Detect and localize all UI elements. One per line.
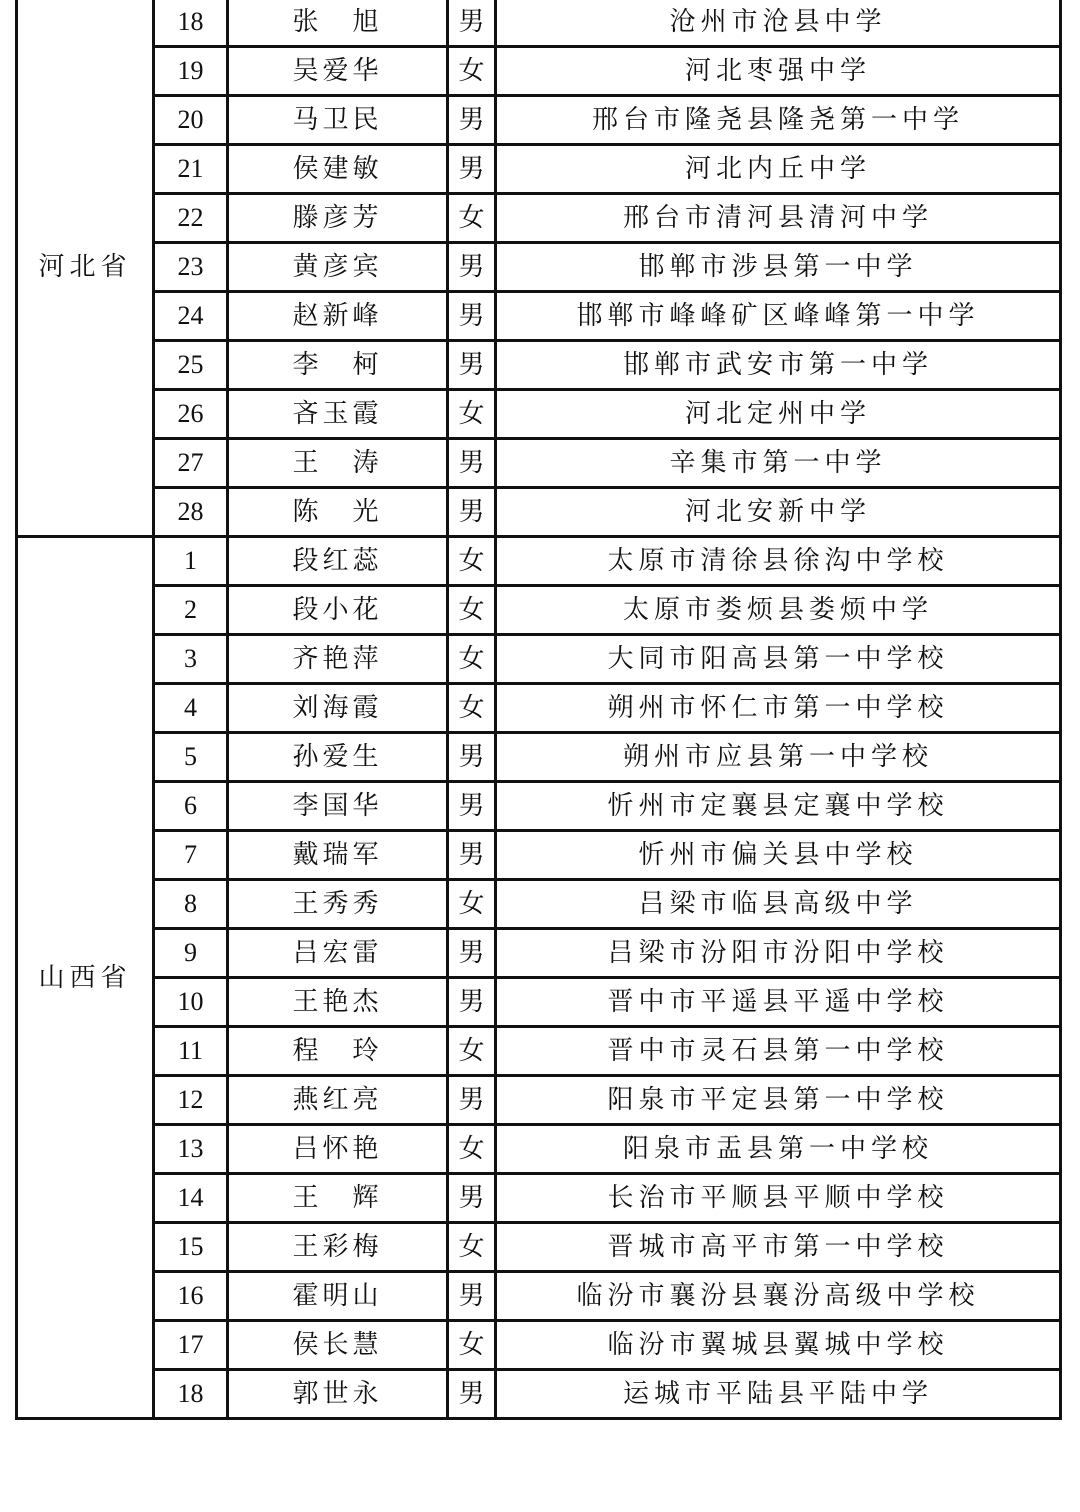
gender-cell: 男	[448, 96, 496, 145]
gender-cell: 女	[448, 1321, 496, 1370]
gender-cell: 男	[448, 488, 496, 537]
row-number-cell: 15	[154, 1223, 228, 1272]
table-row: 27王 涛男辛集市第一中学	[17, 439, 1061, 488]
row-number-cell: 2	[154, 586, 228, 635]
province-cell: 河北省	[17, 0, 154, 537]
name-cell: 赵新峰	[228, 292, 448, 341]
gender-cell: 女	[448, 1125, 496, 1174]
row-number-cell: 3	[154, 635, 228, 684]
row-number-cell: 12	[154, 1076, 228, 1125]
roster-table-body: 河北省18张 旭男沧州市沧县中学19吴爱华女河北枣强中学20马卫民男邢台市隆尧县…	[17, 0, 1061, 1419]
row-number-cell: 1	[154, 537, 228, 586]
name-cell: 孙爱生	[228, 733, 448, 782]
row-number-cell: 28	[154, 488, 228, 537]
table-row: 25李 柯男邯郸市武安市第一中学	[17, 341, 1061, 390]
name-cell: 吴爱华	[228, 47, 448, 96]
school-cell: 忻州市偏关县中学校	[496, 831, 1061, 880]
name-cell: 王彩梅	[228, 1223, 448, 1272]
school-cell: 沧州市沧县中学	[496, 0, 1061, 47]
name-cell: 马卫民	[228, 96, 448, 145]
gender-cell: 女	[448, 684, 496, 733]
gender-cell: 女	[448, 1223, 496, 1272]
school-cell: 邢台市清河县清河中学	[496, 194, 1061, 243]
name-cell: 程 玲	[228, 1027, 448, 1076]
name-cell: 张 旭	[228, 0, 448, 47]
school-cell: 河北枣强中学	[496, 47, 1061, 96]
table-row: 河北省18张 旭男沧州市沧县中学	[17, 0, 1061, 47]
gender-cell: 男	[448, 439, 496, 488]
table-row: 2段小花女太原市娄烦县娄烦中学	[17, 586, 1061, 635]
name-cell: 滕彦芳	[228, 194, 448, 243]
row-number-cell: 19	[154, 47, 228, 96]
table-row: 14王 辉男长治市平顺县平顺中学校	[17, 1174, 1061, 1223]
school-cell: 邢台市隆尧县隆尧第一中学	[496, 96, 1061, 145]
school-cell: 忻州市定襄县定襄中学校	[496, 782, 1061, 831]
name-cell: 王秀秀	[228, 880, 448, 929]
row-number-cell: 11	[154, 1027, 228, 1076]
row-number-cell: 21	[154, 145, 228, 194]
table-row: 山西省1段红蕊女太原市清徐县徐沟中学校	[17, 537, 1061, 586]
gender-cell: 女	[448, 635, 496, 684]
name-cell: 王 涛	[228, 439, 448, 488]
name-cell: 吕宏雷	[228, 929, 448, 978]
school-cell: 邯郸市涉县第一中学	[496, 243, 1061, 292]
name-cell: 王 辉	[228, 1174, 448, 1223]
row-number-cell: 6	[154, 782, 228, 831]
school-cell: 临汾市翼城县翼城中学校	[496, 1321, 1061, 1370]
school-cell: 晋城市高平市第一中学校	[496, 1223, 1061, 1272]
row-number-cell: 18	[154, 1370, 228, 1419]
table-row: 19吴爱华女河北枣强中学	[17, 47, 1061, 96]
gender-cell: 女	[448, 537, 496, 586]
table-row: 13吕怀艳女阳泉市盂县第一中学校	[17, 1125, 1061, 1174]
school-cell: 吕梁市汾阳市汾阳中学校	[496, 929, 1061, 978]
gender-cell: 女	[448, 1027, 496, 1076]
name-cell: 霍明山	[228, 1272, 448, 1321]
name-cell: 燕红亮	[228, 1076, 448, 1125]
row-number-cell: 10	[154, 978, 228, 1027]
school-cell: 河北安新中学	[496, 488, 1061, 537]
gender-cell: 男	[448, 978, 496, 1027]
name-cell: 王艳杰	[228, 978, 448, 1027]
table-row: 8王秀秀女吕梁市临县高级中学	[17, 880, 1061, 929]
name-cell: 段红蕊	[228, 537, 448, 586]
name-cell: 郭世永	[228, 1370, 448, 1419]
table-row: 5孙爱生男朔州市应县第一中学校	[17, 733, 1061, 782]
name-cell: 侯长慧	[228, 1321, 448, 1370]
gender-cell: 男	[448, 145, 496, 194]
table-row: 22滕彦芳女邢台市清河县清河中学	[17, 194, 1061, 243]
roster-table: 河北省18张 旭男沧州市沧县中学19吴爱华女河北枣强中学20马卫民男邢台市隆尧县…	[15, 0, 1062, 1420]
table-row: 16霍明山男临汾市襄汾县襄汾高级中学校	[17, 1272, 1061, 1321]
name-cell: 黄彦宾	[228, 243, 448, 292]
row-number-cell: 18	[154, 0, 228, 47]
row-number-cell: 5	[154, 733, 228, 782]
table-row: 10王艳杰男晋中市平遥县平遥中学校	[17, 978, 1061, 1027]
school-cell: 邯郸市武安市第一中学	[496, 341, 1061, 390]
row-number-cell: 7	[154, 831, 228, 880]
table-row: 24赵新峰男邯郸市峰峰矿区峰峰第一中学	[17, 292, 1061, 341]
school-cell: 辛集市第一中学	[496, 439, 1061, 488]
gender-cell: 女	[448, 194, 496, 243]
row-number-cell: 16	[154, 1272, 228, 1321]
school-cell: 阳泉市盂县第一中学校	[496, 1125, 1061, 1174]
name-cell: 齐艳萍	[228, 635, 448, 684]
row-number-cell: 20	[154, 96, 228, 145]
gender-cell: 男	[448, 831, 496, 880]
table-row: 21侯建敏男河北内丘中学	[17, 145, 1061, 194]
table-row: 11程 玲女晋中市灵石县第一中学校	[17, 1027, 1061, 1076]
row-number-cell: 14	[154, 1174, 228, 1223]
gender-cell: 男	[448, 1174, 496, 1223]
row-number-cell: 13	[154, 1125, 228, 1174]
school-cell: 长治市平顺县平顺中学校	[496, 1174, 1061, 1223]
school-cell: 吕梁市临县高级中学	[496, 880, 1061, 929]
row-number-cell: 4	[154, 684, 228, 733]
row-number-cell: 9	[154, 929, 228, 978]
school-cell: 朔州市怀仁市第一中学校	[496, 684, 1061, 733]
name-cell: 李 柯	[228, 341, 448, 390]
name-cell: 吕怀艳	[228, 1125, 448, 1174]
school-cell: 太原市娄烦县娄烦中学	[496, 586, 1061, 635]
table-row: 4刘海霞女朔州市怀仁市第一中学校	[17, 684, 1061, 733]
row-number-cell: 26	[154, 390, 228, 439]
row-number-cell: 8	[154, 880, 228, 929]
name-cell: 李国华	[228, 782, 448, 831]
name-cell: 陈 光	[228, 488, 448, 537]
gender-cell: 男	[448, 929, 496, 978]
table-row: 15王彩梅女晋城市高平市第一中学校	[17, 1223, 1061, 1272]
table-row: 12燕红亮男阳泉市平定县第一中学校	[17, 1076, 1061, 1125]
table-row: 6李国华男忻州市定襄县定襄中学校	[17, 782, 1061, 831]
gender-cell: 男	[448, 0, 496, 47]
school-cell: 朔州市应县第一中学校	[496, 733, 1061, 782]
school-cell: 邯郸市峰峰矿区峰峰第一中学	[496, 292, 1061, 341]
table-row: 9吕宏雷男吕梁市汾阳市汾阳中学校	[17, 929, 1061, 978]
name-cell: 吝玉霞	[228, 390, 448, 439]
table-row: 18郭世永男运城市平陆县平陆中学	[17, 1370, 1061, 1419]
school-cell: 阳泉市平定县第一中学校	[496, 1076, 1061, 1125]
gender-cell: 男	[448, 292, 496, 341]
table-row: 23黄彦宾男邯郸市涉县第一中学	[17, 243, 1061, 292]
row-number-cell: 17	[154, 1321, 228, 1370]
school-cell: 运城市平陆县平陆中学	[496, 1370, 1061, 1419]
gender-cell: 男	[448, 243, 496, 292]
row-number-cell: 27	[154, 439, 228, 488]
school-cell: 太原市清徐县徐沟中学校	[496, 537, 1061, 586]
gender-cell: 男	[448, 1370, 496, 1419]
table-row: 26吝玉霞女河北定州中学	[17, 390, 1061, 439]
gender-cell: 男	[448, 1076, 496, 1125]
name-cell: 侯建敏	[228, 145, 448, 194]
roster-table-container: 河北省18张 旭男沧州市沧县中学19吴爱华女河北枣强中学20马卫民男邢台市隆尧县…	[15, 0, 1059, 1420]
gender-cell: 男	[448, 1272, 496, 1321]
gender-cell: 男	[448, 733, 496, 782]
school-cell: 河北定州中学	[496, 390, 1061, 439]
table-row: 3齐艳萍女大同市阳高县第一中学校	[17, 635, 1061, 684]
school-cell: 晋中市灵石县第一中学校	[496, 1027, 1061, 1076]
gender-cell: 女	[448, 390, 496, 439]
gender-cell: 女	[448, 880, 496, 929]
table-row: 7戴瑞军男忻州市偏关县中学校	[17, 831, 1061, 880]
row-number-cell: 23	[154, 243, 228, 292]
table-row: 17侯长慧女临汾市翼城县翼城中学校	[17, 1321, 1061, 1370]
school-cell: 晋中市平遥县平遥中学校	[496, 978, 1061, 1027]
name-cell: 段小花	[228, 586, 448, 635]
table-row: 20马卫民男邢台市隆尧县隆尧第一中学	[17, 96, 1061, 145]
gender-cell: 女	[448, 586, 496, 635]
gender-cell: 女	[448, 47, 496, 96]
row-number-cell: 24	[154, 292, 228, 341]
table-row: 28陈 光男河北安新中学	[17, 488, 1061, 537]
school-cell: 临汾市襄汾县襄汾高级中学校	[496, 1272, 1061, 1321]
province-cell: 山西省	[17, 537, 154, 1419]
gender-cell: 男	[448, 782, 496, 831]
row-number-cell: 22	[154, 194, 228, 243]
name-cell: 刘海霞	[228, 684, 448, 733]
name-cell: 戴瑞军	[228, 831, 448, 880]
school-cell: 大同市阳高县第一中学校	[496, 635, 1061, 684]
school-cell: 河北内丘中学	[496, 145, 1061, 194]
row-number-cell: 25	[154, 341, 228, 390]
gender-cell: 男	[448, 341, 496, 390]
